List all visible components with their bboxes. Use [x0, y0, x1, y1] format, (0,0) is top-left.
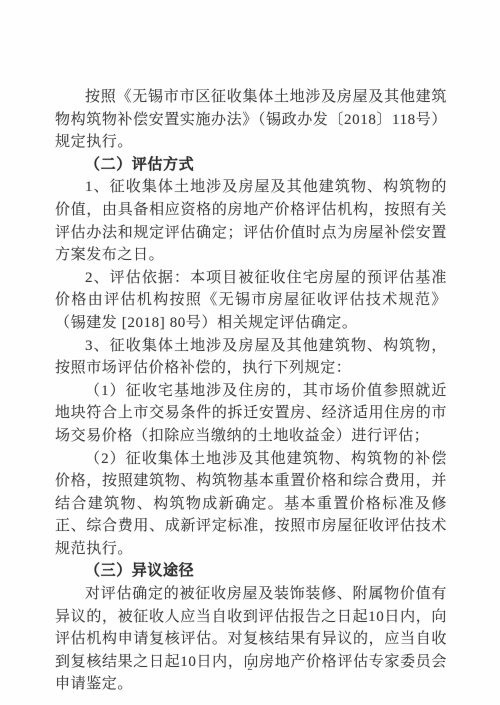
paragraph-item-2: 2、评估依据：本项目被征收住宅房屋的预评估基准价格由评估机构按照《无锡市房屋征收… — [55, 267, 447, 335]
page-number: 2 — [0, 661, 500, 673]
paragraph-subitem-2: （2）征收集体土地涉及其他建筑物、构筑物的补偿价格，按照建筑物、构筑物基本重置价… — [55, 448, 447, 561]
section-heading-objection-channel: （三）异议途径 — [55, 560, 447, 583]
paragraph-subitem-1: （1）征收宅基地涉及住房的，其市场价值参照就近地块符合上市交易条件的拆迁安置房、… — [55, 380, 447, 448]
document-body: 按照《无锡市市区征收集体土地涉及房屋及其他建筑物构筑物补偿安置实施办法》（锡政办… — [55, 86, 447, 696]
paragraph-objection-detail: 对评估确定的被征收房屋及装饰装修、附属物价值有异议的，被征收人应当自收到评估报告… — [55, 583, 447, 696]
section-heading-assessment-method: （二）评估方式 — [55, 154, 447, 177]
paragraph-item-3: 3、征收集体土地涉及房屋及其他建筑物、构筑物，按照市场评估价格补偿的，执行下列规… — [55, 335, 447, 380]
paragraph-reference-regulation: 按照《无锡市市区征收集体土地涉及房屋及其他建筑物构筑物补偿安置实施办法》（锡政办… — [55, 86, 447, 154]
paragraph-item-1: 1、征收集体土地涉及房屋及其他建筑物、构筑物的价值，由具备相应资格的房地产价格评… — [55, 176, 447, 266]
document-page: 按照《无锡市市区征收集体土地涉及房屋及其他建筑物构筑物补偿安置实施办法》（锡政办… — [0, 0, 500, 705]
